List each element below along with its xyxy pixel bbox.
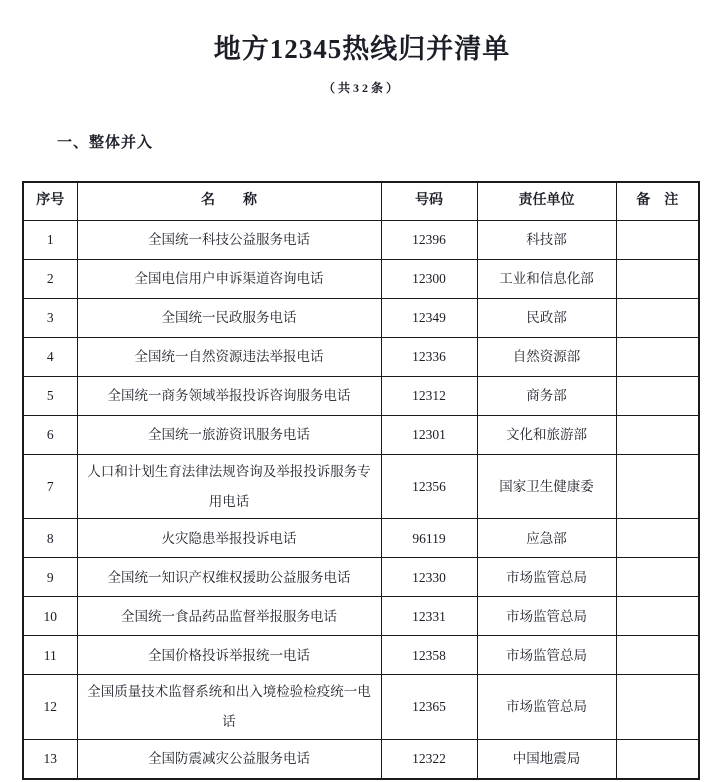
cell-name: 全国统一食品药品监督举报服务电话 (77, 597, 381, 636)
hotline-table: 序号 名 称 号码 责任单位 备 注 1全国统一科技公益服务电话12396科技部… (22, 181, 700, 780)
cell-name: 全国统一自然资源违法举报电话 (77, 338, 381, 377)
cell-serial: 11 (23, 636, 77, 675)
header-number: 号码 (381, 182, 477, 221)
cell-name: 全国统一商务领域举报投诉咨询服务电话 (77, 377, 381, 416)
page-title: 地方12345热线归并清单 (0, 0, 724, 66)
cell-unit: 工业和信息化部 (477, 260, 616, 299)
cell-remark (616, 377, 699, 416)
cell-serial: 2 (23, 260, 77, 299)
cell-remark (616, 455, 699, 519)
page-subtitle: （共32条） (0, 79, 724, 96)
section-heading: 一、整体并入 (57, 131, 724, 152)
table-row: 12全国质量技术监督系统和出入境检验检疫统一电话12365市场监管总局 (23, 675, 699, 739)
table-row: 13全国防震减灾公益服务电话12322中国地震局 (23, 739, 699, 779)
cell-serial: 6 (23, 416, 77, 455)
cell-name: 全国统一民政服务电话 (77, 299, 381, 338)
cell-unit: 市场监管总局 (477, 675, 616, 739)
cell-serial: 10 (23, 597, 77, 636)
table-row: 7人口和计划生育法律法规咨询及举报投诉服务专用电话12356国家卫生健康委 (23, 455, 699, 519)
cell-number: 12365 (381, 675, 477, 739)
cell-serial: 13 (23, 739, 77, 779)
cell-number: 12349 (381, 299, 477, 338)
cell-remark (616, 636, 699, 675)
table-row: 9全国统一知识产权维权援助公益服务电话12330市场监管总局 (23, 558, 699, 597)
cell-remark (616, 675, 699, 739)
cell-name: 全国统一科技公益服务电话 (77, 221, 381, 260)
cell-remark (616, 597, 699, 636)
cell-remark (616, 519, 699, 558)
cell-serial: 1 (23, 221, 77, 260)
table-row: 1全国统一科技公益服务电话12396科技部 (23, 221, 699, 260)
cell-number: 12356 (381, 455, 477, 519)
cell-serial: 12 (23, 675, 77, 739)
cell-name: 人口和计划生育法律法规咨询及举报投诉服务专用电话 (77, 455, 381, 519)
cell-name: 全国电信用户申诉渠道咨询电话 (77, 260, 381, 299)
cell-number: 12312 (381, 377, 477, 416)
cell-number: 12358 (381, 636, 477, 675)
cell-unit: 应急部 (477, 519, 616, 558)
cell-name: 全国价格投诉举报统一电话 (77, 636, 381, 675)
cell-number: 12396 (381, 221, 477, 260)
cell-remark (616, 416, 699, 455)
header-remark: 备 注 (616, 182, 699, 221)
cell-remark (616, 558, 699, 597)
cell-number: 12330 (381, 558, 477, 597)
cell-serial: 3 (23, 299, 77, 338)
cell-number: 12331 (381, 597, 477, 636)
cell-name: 全国防震减灾公益服务电话 (77, 739, 381, 779)
cell-name: 火灾隐患举报投诉电话 (77, 519, 381, 558)
table-body: 1全国统一科技公益服务电话12396科技部2全国电信用户申诉渠道咨询电话1230… (23, 221, 699, 779)
header-unit: 责任单位 (477, 182, 616, 221)
cell-name: 全国质量技术监督系统和出入境检验检疫统一电话 (77, 675, 381, 739)
cell-unit: 市场监管总局 (477, 558, 616, 597)
table-row: 11全国价格投诉举报统一电话12358市场监管总局 (23, 636, 699, 675)
cell-unit: 中国地震局 (477, 739, 616, 779)
table-row: 4全国统一自然资源违法举报电话12336自然资源部 (23, 338, 699, 377)
cell-remark (616, 299, 699, 338)
cell-number: 12336 (381, 338, 477, 377)
cell-unit: 文化和旅游部 (477, 416, 616, 455)
cell-serial: 5 (23, 377, 77, 416)
cell-remark (616, 221, 699, 260)
cell-serial: 8 (23, 519, 77, 558)
cell-unit: 科技部 (477, 221, 616, 260)
table-row: 8火灾隐患举报投诉电话96119应急部 (23, 519, 699, 558)
cell-name: 全国统一知识产权维权援助公益服务电话 (77, 558, 381, 597)
table-row: 10全国统一食品药品监督举报服务电话12331市场监管总局 (23, 597, 699, 636)
cell-serial: 9 (23, 558, 77, 597)
cell-number: 12300 (381, 260, 477, 299)
table-row: 5全国统一商务领域举报投诉咨询服务电话12312商务部 (23, 377, 699, 416)
cell-unit: 市场监管总局 (477, 597, 616, 636)
cell-name: 全国统一旅游资讯服务电话 (77, 416, 381, 455)
cell-unit: 商务部 (477, 377, 616, 416)
table-row: 6全国统一旅游资讯服务电话12301文化和旅游部 (23, 416, 699, 455)
cell-remark (616, 739, 699, 779)
cell-unit: 市场监管总局 (477, 636, 616, 675)
cell-number: 96119 (381, 519, 477, 558)
cell-serial: 4 (23, 338, 77, 377)
cell-remark (616, 338, 699, 377)
cell-remark (616, 260, 699, 299)
cell-serial: 7 (23, 455, 77, 519)
cell-unit: 国家卫生健康委 (477, 455, 616, 519)
document-page: 地方12345热线归并清单 （共32条） 一、整体并入 序号 名 称 号码 责任… (0, 0, 724, 782)
header-serial: 序号 (23, 182, 77, 221)
cell-unit: 自然资源部 (477, 338, 616, 377)
table-row: 2全国电信用户申诉渠道咨询电话12300工业和信息化部 (23, 260, 699, 299)
header-name: 名 称 (77, 182, 381, 221)
cell-number: 12301 (381, 416, 477, 455)
cell-number: 12322 (381, 739, 477, 779)
table-header-row: 序号 名 称 号码 责任单位 备 注 (23, 182, 699, 221)
cell-unit: 民政部 (477, 299, 616, 338)
table-row: 3全国统一民政服务电话12349民政部 (23, 299, 699, 338)
